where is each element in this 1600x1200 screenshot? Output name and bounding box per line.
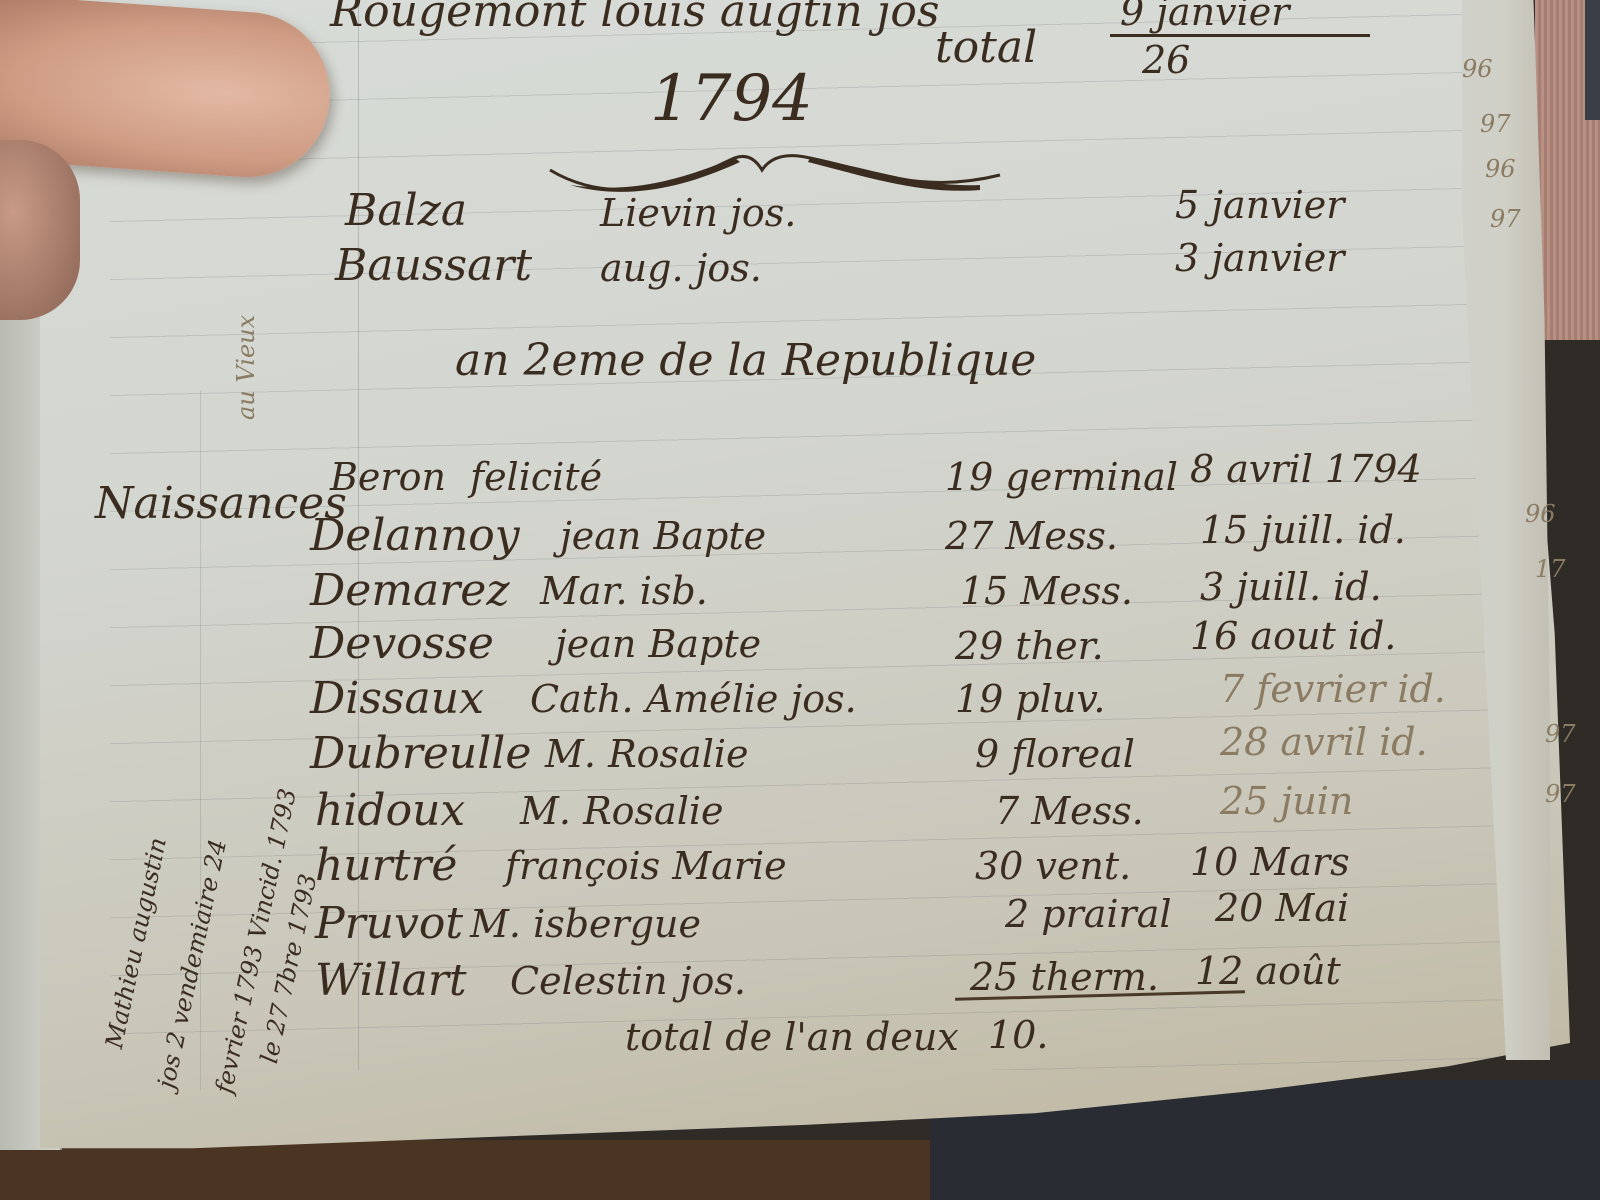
entry-name: Rougemont louis augtin jos <box>330 0 939 37</box>
entry-given-name: jean Bapte <box>555 622 761 666</box>
entry-date: 5 janvier <box>1175 183 1344 227</box>
register-row: hidoux M. Rosalie 7 Mess. 25 juin <box>0 785 1600 835</box>
gregorian-date: 20 Mai <box>1215 886 1349 930</box>
entry-surname: Dubreulle <box>310 728 531 779</box>
register-row: Balza Lievin jos. 5 janvier <box>0 185 1600 235</box>
table-surface <box>0 1140 960 1200</box>
entry-given-name: Lievin jos. <box>600 191 796 235</box>
register-row: Baussart aug. jos. 3 janvier <box>0 240 1600 290</box>
gregorian-date: 15 juill. id. <box>1200 508 1406 552</box>
gregorian-date: 10 Mars <box>1190 840 1350 884</box>
register-row: Dissaux Cath. Amélie jos. 19 pluv. 7 fev… <box>0 673 1600 723</box>
entry-surname: Demarez <box>310 565 510 616</box>
republican-date: 27 Mess. <box>945 514 1118 558</box>
republican-date: 30 vent. <box>975 844 1131 888</box>
entry-given-name: Celestin jos. <box>510 959 746 1003</box>
edge-number: 96 <box>1485 155 1516 183</box>
total-value: 26 <box>1142 38 1190 82</box>
entry-surname: Dissaux <box>310 673 484 724</box>
total-label: total <box>935 22 1037 73</box>
entry-given-name: françois Marie <box>505 844 787 888</box>
gregorian-date: 3 juill. id. <box>1200 565 1382 609</box>
gregorian-date: 28 avril id. <box>1220 720 1428 764</box>
entry-date: 3 janvier <box>1175 236 1344 280</box>
entry-surname: hidoux <box>315 785 465 836</box>
entry-surname: Devosse <box>310 618 494 669</box>
republican-date: 7 Mess. <box>995 789 1144 833</box>
hand-edge <box>0 140 80 320</box>
entry-given-name: aug. jos. <box>600 246 762 290</box>
register-row: Pruvot M. isbergue 2 prairal 20 Mai <box>0 898 1600 948</box>
entry-given-name: Mar. isb. <box>540 569 708 613</box>
entry-given-name: jean Bapte <box>560 514 766 558</box>
republican-date: 2 prairal <box>1005 892 1172 936</box>
entry-surname: Delannoy <box>310 510 520 561</box>
gregorian-date: 8 avril 1794 <box>1190 447 1422 491</box>
entry-surname: Baussart <box>335 240 532 291</box>
entry-surname: Pruvot <box>315 898 463 949</box>
register-row: Dubreulle M. Rosalie 9 floreal 28 avril … <box>0 728 1600 778</box>
year-heading: 1794 <box>650 62 813 136</box>
register-row: Delannoy jean Bapte 27 Mess. 15 juill. i… <box>0 510 1600 560</box>
republican-date: 19 germinal <box>945 455 1178 499</box>
gregorian-date: 16 aout id. <box>1190 614 1396 658</box>
gregorian-date: 25 juin <box>1220 779 1353 823</box>
total-value: 10. <box>988 1013 1048 1057</box>
margin-faint-note: au Vieux <box>232 315 260 420</box>
entry-surname: Balza <box>345 185 467 236</box>
republican-date: 19 pluv. <box>955 677 1105 721</box>
entry-surname: Willart <box>315 955 467 1006</box>
entry-date: 9 janvier <box>1120 0 1289 34</box>
register-row: Beron felicité 19 germinal 8 avril 1794 <box>0 455 1600 505</box>
total-label: total de l'an deux <box>625 1015 959 1059</box>
entry-given-name: M. isbergue <box>470 902 701 946</box>
republican-date: 15 Mess. <box>960 569 1133 613</box>
entry-given-name: M. Rosalie <box>520 789 724 833</box>
edge-number: 97 <box>1480 110 1511 138</box>
register-row: Demarez Mar. isb. 15 Mess. 3 juill. id. <box>0 565 1600 615</box>
register-row: Devosse jean Bapte 29 ther. 16 aout id. <box>0 618 1600 668</box>
section-heading: an 2eme de la Republique <box>455 335 1036 386</box>
edge-number: 96 <box>1462 55 1493 83</box>
register-row: hurtré françois Marie 30 vent. 10 Mars <box>0 840 1600 890</box>
gregorian-date: 12 août <box>1195 949 1341 993</box>
entry-given-name: felicité <box>470 455 602 499</box>
sum-rule <box>1110 34 1370 37</box>
entry-given-name: M. Rosalie <box>545 732 749 776</box>
photo-scene: 96 97 96 97 96 17 97 97 Rougemont louis … <box>0 0 1600 1200</box>
register-row: Willart Celestin jos. 25 therm. 12 août <box>0 955 1600 1005</box>
gregorian-date: 7 fevrier id. <box>1220 667 1446 711</box>
entry-surname: Beron <box>330 455 446 499</box>
entry-surname: hurtré <box>315 840 457 891</box>
background-edge <box>1585 0 1600 120</box>
republican-date: 29 ther. <box>955 624 1104 668</box>
republican-date: 9 floreal <box>975 732 1135 776</box>
entry-given-name: Cath. Amélie jos. <box>530 677 857 721</box>
